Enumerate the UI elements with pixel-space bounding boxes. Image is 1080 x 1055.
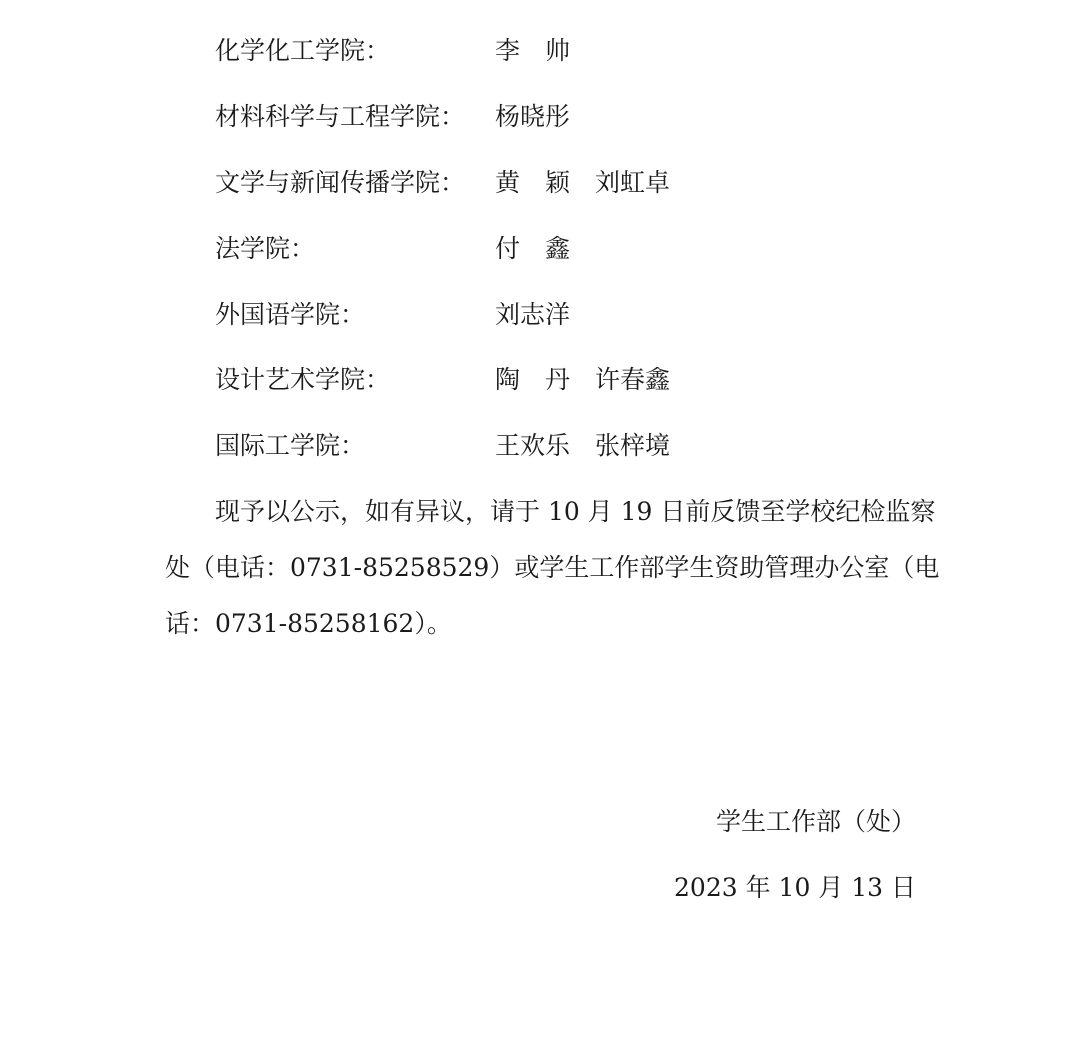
notice-line: 处（电话：0731-85258529）或学生工作部学生资助管理办公室（电 bbox=[165, 548, 917, 588]
winner-names: 杨晓彤 bbox=[495, 97, 570, 137]
college-name: 文学与新闻传播学院： bbox=[215, 163, 465, 203]
winner-names: 付 鑫 bbox=[495, 229, 570, 269]
college-name: 设计艺术学院： bbox=[215, 360, 390, 400]
winner-names: 黄 颖 刘虹卓 bbox=[495, 163, 670, 203]
notice-line: 话：0731-85258162）。 bbox=[165, 604, 917, 644]
winner-names: 李 帅 bbox=[495, 31, 570, 71]
college-name: 法学院： bbox=[215, 229, 315, 269]
college-name: 外国语学院： bbox=[215, 295, 365, 335]
winner-names: 王欢乐 张梓境 bbox=[495, 426, 670, 466]
signature-date: 2023 年 10 月 13 日 bbox=[674, 868, 916, 908]
winner-names: 刘志洋 bbox=[495, 295, 570, 335]
college-name: 化学化工学院： bbox=[215, 31, 390, 71]
document-page: 化学化工学院： 李 帅 材料科学与工程学院： 杨晓彤 文学与新闻传播学院： 黄 … bbox=[0, 0, 1080, 1055]
notice-line: 现予以公示，如有异议，请于 10 月 19 日前反馈至学校纪检监察 bbox=[165, 492, 917, 532]
college-name: 材料科学与工程学院： bbox=[215, 97, 465, 137]
signature-department: 学生工作部（处） bbox=[716, 802, 916, 842]
college-name: 国际工学院： bbox=[215, 426, 365, 466]
winner-names: 陶 丹 许春鑫 bbox=[495, 360, 670, 400]
